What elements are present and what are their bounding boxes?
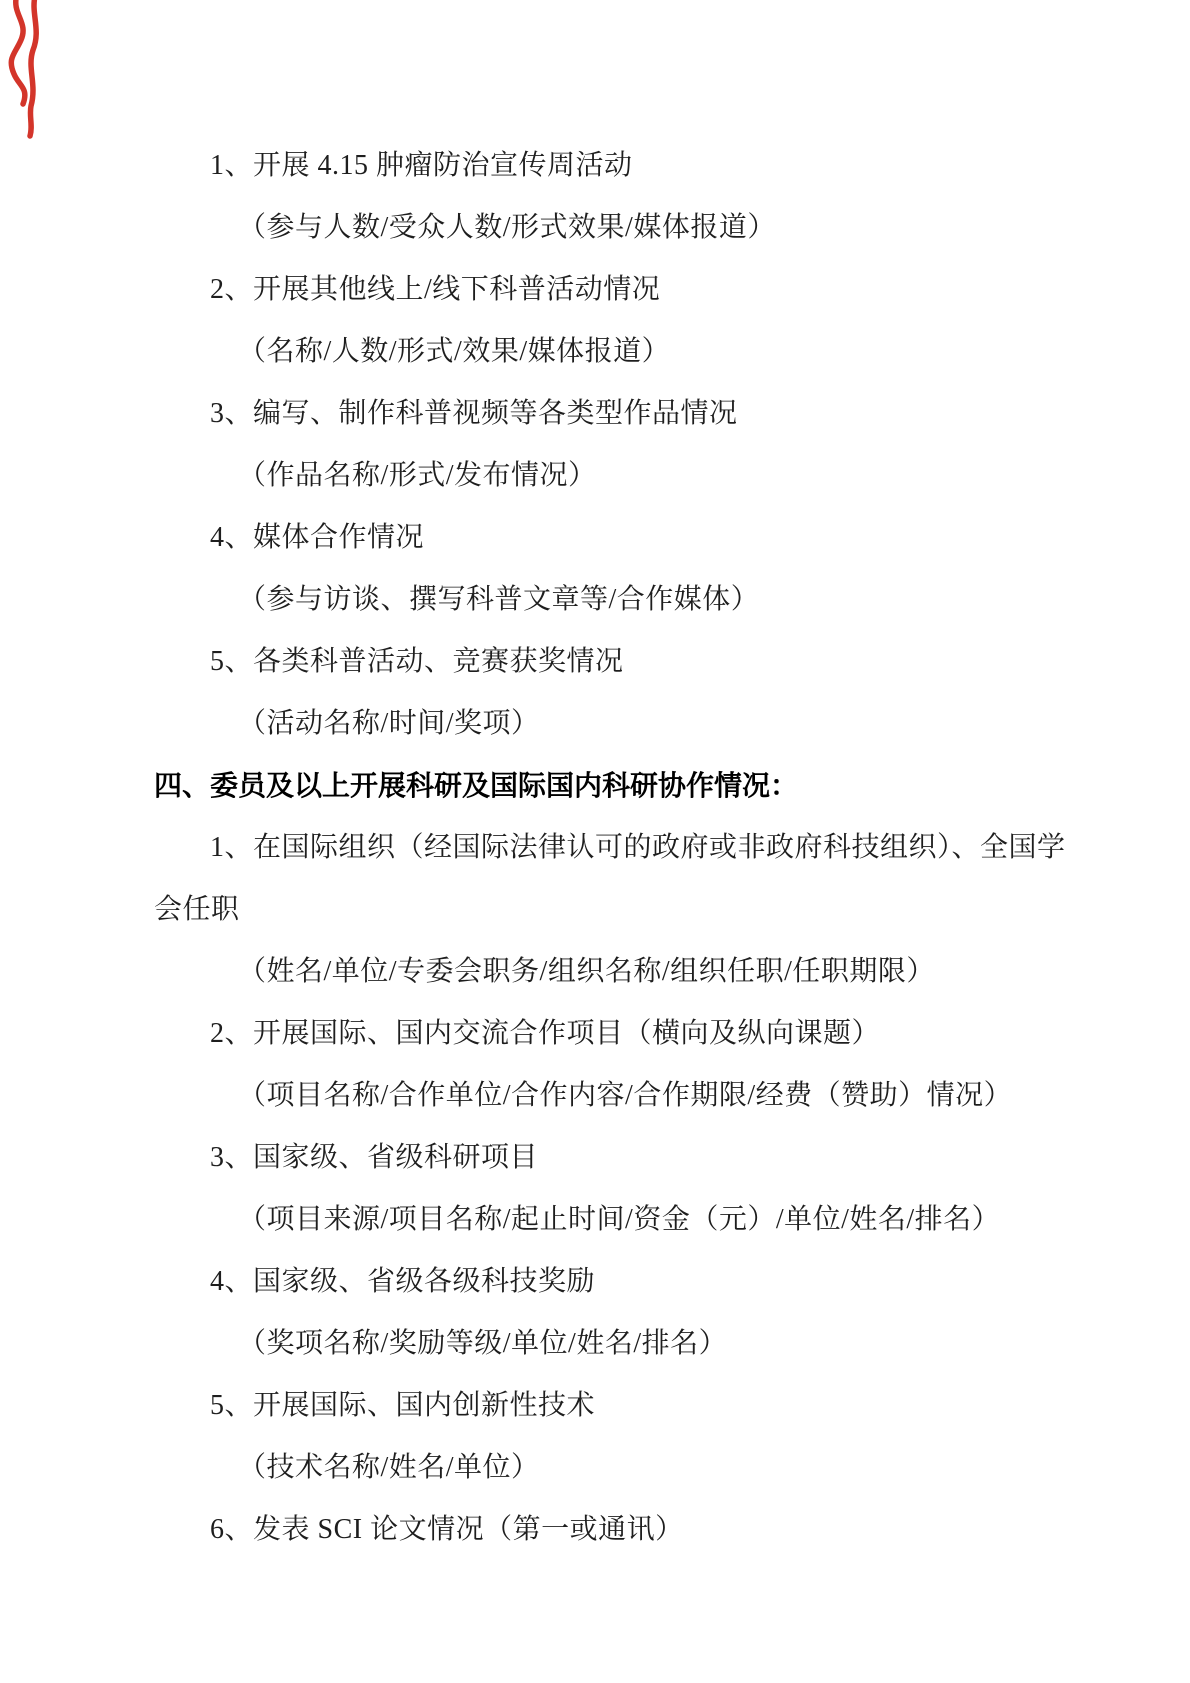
list-item-line: 5、开展国际、国内创新性技术 xyxy=(154,1375,1042,1437)
paren-note-line: （参与访谈、撰写科普文章等/合作媒体） xyxy=(154,569,1042,631)
list-item-line: 5、各类科普活动、竞赛获奖情况 xyxy=(154,631,1042,693)
paren-note-line: （项目来源/项目名称/起止时间/资金（元）/单位/姓名/排名） xyxy=(154,1189,1042,1251)
paren-note-line: （奖项名称/奖励等级/单位/姓名/排名） xyxy=(154,1313,1042,1375)
paren-note-line: （活动名称/时间/奖项） xyxy=(154,693,1042,755)
red-pen-mark-icon xyxy=(5,0,43,142)
list-item-line: 6、发表 SCI 论文情况（第一或通讯） xyxy=(154,1499,1042,1561)
document-page: 1、开展 4.15 肿瘤防治宣传周活动（参与人数/受众人数/形式效果/媒体报道）… xyxy=(0,0,1190,1683)
document-text-body: 1、开展 4.15 肿瘤防治宣传周活动（参与人数/受众人数/形式效果/媒体报道）… xyxy=(154,135,1042,1561)
list-item-line: 3、编写、制作科普视频等各类型作品情况 xyxy=(154,383,1042,445)
paren-note-line: （技术名称/姓名/单位） xyxy=(154,1437,1042,1499)
list-item-line: 1、在国际组织（经国际法律认可的政府或非政府科技组织）、全国学 xyxy=(154,817,1042,879)
list-item-line: 4、国家级、省级各级科技奖励 xyxy=(154,1251,1042,1313)
paren-note-line: （项目名称/合作单位/合作内容/合作期限/经费（赞助）情况） xyxy=(154,1065,1042,1127)
list-item-line: 1、开展 4.15 肿瘤防治宣传周活动 xyxy=(154,135,1042,197)
continuation-line: 会任职 xyxy=(154,879,1042,941)
paren-note-line: （作品名称/形式/发布情况） xyxy=(154,445,1042,507)
list-item-line: 4、媒体合作情况 xyxy=(154,507,1042,569)
paren-note-line: （参与人数/受众人数/形式效果/媒体报道） xyxy=(154,197,1042,259)
list-item-line: 2、开展其他线上/线下科普活动情况 xyxy=(154,259,1042,321)
paren-note-line: （名称/人数/形式/效果/媒体报道） xyxy=(154,321,1042,383)
list-item-line: 3、国家级、省级科研项目 xyxy=(154,1127,1042,1189)
section-heading: 四、委员及以上开展科研及国际国内科研协作情况： xyxy=(154,755,1042,817)
list-item-line: 2、开展国际、国内交流合作项目（横向及纵向课题） xyxy=(154,1003,1042,1065)
paren-note-line: （姓名/单位/专委会职务/组织名称/组织任职/任职期限） xyxy=(154,941,1042,1003)
